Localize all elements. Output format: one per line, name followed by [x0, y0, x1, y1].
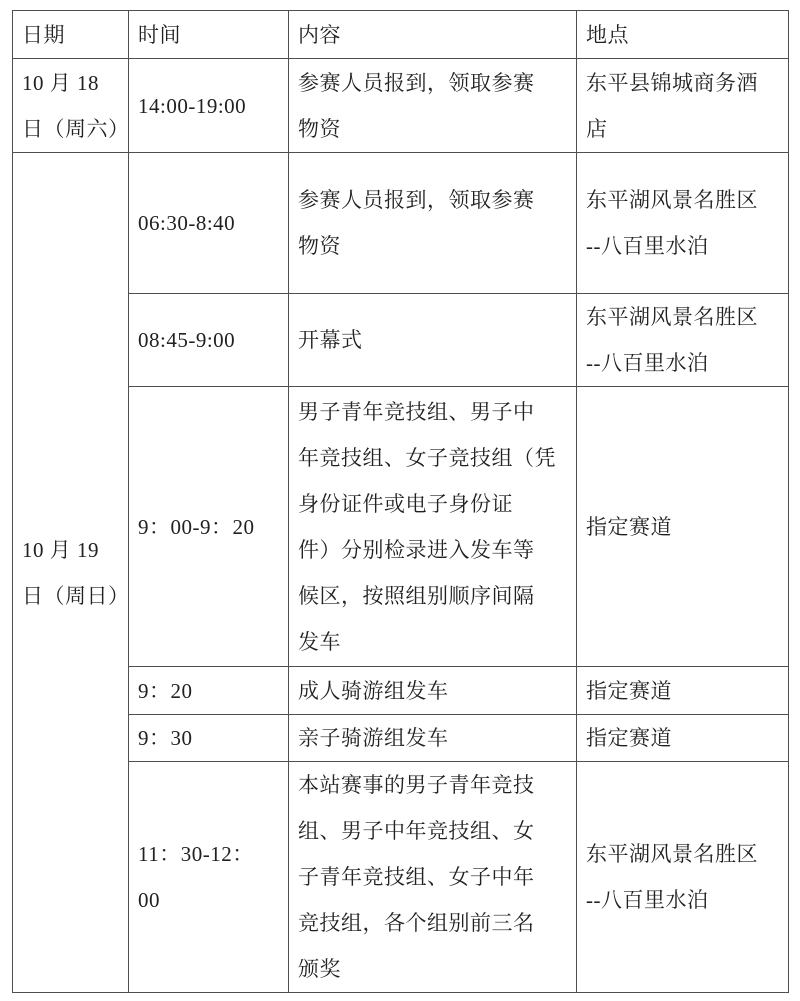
time-cell: 9：20 — [129, 667, 289, 715]
table-row-race-checkin-start: 9：00-9：20 男子青年竞技组、男子中 年竞技组、女子竞技组（凭 身份证件或… — [13, 387, 789, 667]
content-cell: 参赛人员报到，领取参赛 物资 — [289, 153, 577, 294]
content-cell: 参赛人员报到，领取参赛 物资 — [289, 59, 577, 153]
time-cell: 9：00-9：20 — [129, 387, 289, 667]
location-cell: 东平湖风景名胜区 --八百里水泊 — [577, 153, 789, 294]
header-cell-time: 时间 — [129, 11, 289, 59]
table-row-day1-registration: 10 月 18 日（周六） 14:00-19:00 参赛人员报到，领取参赛 物资… — [13, 59, 789, 153]
time-cell: 08:45-9:00 — [129, 294, 289, 387]
location-cell: 指定赛道 — [577, 387, 789, 667]
time-cell: 14:00-19:00 — [129, 59, 289, 153]
table-row-opening-ceremony: 08:45-9:00 开幕式 东平湖风景名胜区 --八百里水泊 — [13, 294, 789, 387]
page-canvas: 日期 时间 内容 地点 10 月 18 日（周六） 14:00-19:00 参赛… — [0, 0, 800, 1001]
location-cell: 指定赛道 — [577, 667, 789, 715]
table-row-day2-registration: 10 月 19 日（周日） 06:30-8:40 参赛人员报到，领取参赛 物资 … — [13, 153, 789, 294]
content-cell: 本站赛事的男子青年竞技 组、男子中年竞技组、女 子青年竞技组、女子中年 竞技组，… — [289, 762, 577, 993]
location-cell: 东平县锦城商务酒 店 — [577, 59, 789, 153]
content-cell: 开幕式 — [289, 294, 577, 387]
location-cell: 指定赛道 — [577, 715, 789, 762]
content-cell: 男子青年竞技组、男子中 年竞技组、女子竞技组（凭 身份证件或电子身份证 件）分别… — [289, 387, 577, 667]
location-cell: 东平湖风景名胜区 --八百里水泊 — [577, 762, 789, 993]
date-cell-oct18: 10 月 18 日（周六） — [13, 59, 129, 153]
time-cell: 11：30-12： 00 — [129, 762, 289, 993]
header-cell-date: 日期 — [13, 11, 129, 59]
table-row-award-ceremony: 11：30-12： 00 本站赛事的男子青年竞技 组、男子中年竞技组、女 子青年… — [13, 762, 789, 993]
table-header-row: 日期 时间 内容 地点 — [13, 11, 789, 59]
time-cell: 06:30-8:40 — [129, 153, 289, 294]
time-cell: 9：30 — [129, 715, 289, 762]
table-row-adult-ride-start: 9：20 成人骑游组发车 指定赛道 — [13, 667, 789, 715]
table-row-family-ride-start: 9：30 亲子骑游组发车 指定赛道 — [13, 715, 789, 762]
header-cell-location: 地点 — [577, 11, 789, 59]
event-schedule-table: 日期 时间 内容 地点 10 月 18 日（周六） 14:00-19:00 参赛… — [12, 10, 789, 993]
location-cell: 东平湖风景名胜区 --八百里水泊 — [577, 294, 789, 387]
header-cell-content: 内容 — [289, 11, 577, 59]
content-cell: 成人骑游组发车 — [289, 667, 577, 715]
date-cell-oct19: 10 月 19 日（周日） — [13, 153, 129, 993]
content-cell: 亲子骑游组发车 — [289, 715, 577, 762]
